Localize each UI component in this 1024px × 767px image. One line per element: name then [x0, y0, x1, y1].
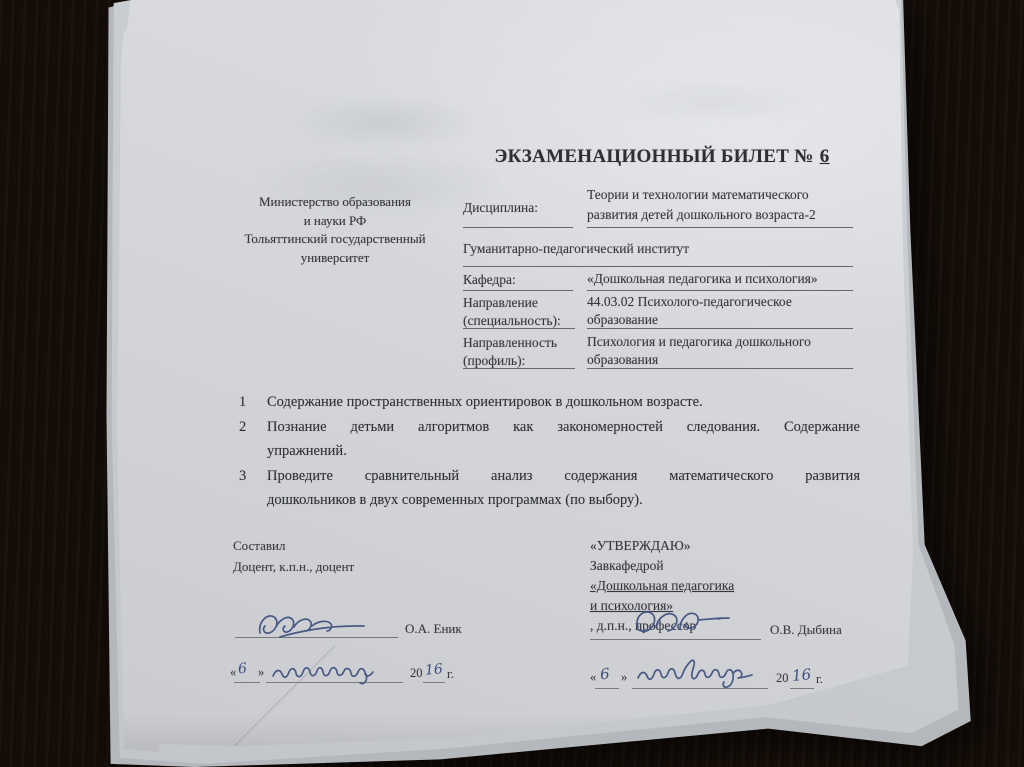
year-blank-line: [423, 682, 445, 683]
field-label: Кафедра:: [463, 271, 573, 291]
composed-label: Составил: [233, 536, 354, 557]
year-prefix: 20: [410, 666, 423, 681]
date-line-left: « 6 » 20 16 г.: [230, 660, 465, 692]
field-label: Направленность (профиль):: [463, 334, 575, 369]
field-value: Теории и технологии математического разв…: [587, 185, 853, 228]
approved-name: О.В. Дыбина: [770, 620, 842, 641]
day-blank-line: [234, 682, 260, 683]
quote-close: »: [258, 665, 264, 680]
quote-close: »: [621, 670, 627, 685]
approve-line: Завкафедрой «Дошкольная педагогика: [590, 556, 852, 596]
question-item: 2 Познание детьми алгоритмов как законом…: [228, 415, 860, 464]
handwritten-month-scribble: [270, 656, 382, 686]
signature-scribble-enik: [250, 607, 370, 641]
approve-heading: «УТВЕРЖДАЮ»: [590, 536, 852, 556]
ticket-number: 6: [819, 146, 831, 167]
question-item: 1 Содержание пространственных ориентиров…: [228, 390, 860, 415]
institution-block: Министерство образования и науки РФ Толь…: [235, 193, 435, 267]
field-label: Направление (специальность):: [463, 294, 575, 329]
quote-open: «: [590, 670, 596, 685]
handwritten-month-scribble: [634, 656, 756, 690]
field-value: Психология и педагогика дошкольного обра…: [587, 333, 853, 369]
question-number: 1: [228, 390, 267, 415]
field-value: «Дошкольная педагогика и психология»: [587, 270, 853, 291]
year-blank-line: [790, 688, 814, 689]
title-text: ЭКЗАМЕНАЦИОННЫЙ БИЛЕТ №: [494, 146, 813, 167]
handwritten-year: 16: [424, 661, 443, 678]
questions-list: 1 Содержание пространственных ориентиров…: [228, 390, 860, 513]
institution-line: университет: [235, 249, 435, 268]
institution-line: Министерство образования: [235, 193, 435, 212]
day-blank-line: [595, 688, 619, 689]
institution-line: Тольяттинский государственный: [235, 230, 435, 249]
composed-position: Доцент, к.п.н., доцент: [233, 557, 354, 578]
question-number: 2: [228, 415, 267, 464]
quote-open: «: [230, 665, 236, 680]
composed-by-block: Составил Доцент, к.п.н., доцент: [233, 536, 354, 577]
exam-ticket-sheet: ЭКЗАМЕНАЦИОННЫЙ БИЛЕТ № 6 Министерство о…: [0, 0, 1024, 767]
question-number: 3: [228, 464, 267, 513]
composed-name: О.А. Еник: [405, 619, 462, 640]
handwritten-day: 6: [237, 661, 247, 678]
paper-stack: ЭКЗАМЕНАЦИОННЫЙ БИЛЕТ № 6 Министерство о…: [0, 0, 1024, 767]
photo-of-exam-ticket: ЭКЗАМЕНАЦИОННЫЙ БИЛЕТ № 6 Министерство о…: [0, 0, 1024, 767]
bleed-through-smudge: [610, 80, 820, 125]
date-line-right: « 6 » 20 16 г.: [590, 664, 835, 698]
question-text: Познание детьми алгоритмов как закономер…: [267, 415, 860, 464]
field-value: 44.03.02 Психолого-педагогическое образо…: [587, 293, 853, 329]
question-text: Содержание пространственных ориентировок…: [267, 390, 860, 415]
handwritten-year: 16: [791, 665, 812, 685]
document-title: ЭКЗАМЕНАЦИОННЫЙ БИЛЕТ № 6: [470, 146, 855, 168]
question-text: Проведите сравнительный анализ содержани…: [267, 464, 860, 513]
institution-line: и науки РФ: [235, 212, 435, 231]
field-label: Дисциплина:: [463, 199, 573, 228]
question-item: 3 Проведите сравнительный анализ содержа…: [228, 464, 860, 513]
field-value: Гуманитарно-педагогический институт: [463, 240, 853, 267]
handwritten-day: 6: [599, 665, 610, 684]
year-suffix: г.: [447, 667, 454, 682]
signature-scribble-dybina: [622, 605, 737, 641]
bleed-through-smudge: [290, 95, 480, 150]
year-suffix: г.: [816, 672, 823, 687]
year-prefix: 20: [776, 671, 789, 686]
